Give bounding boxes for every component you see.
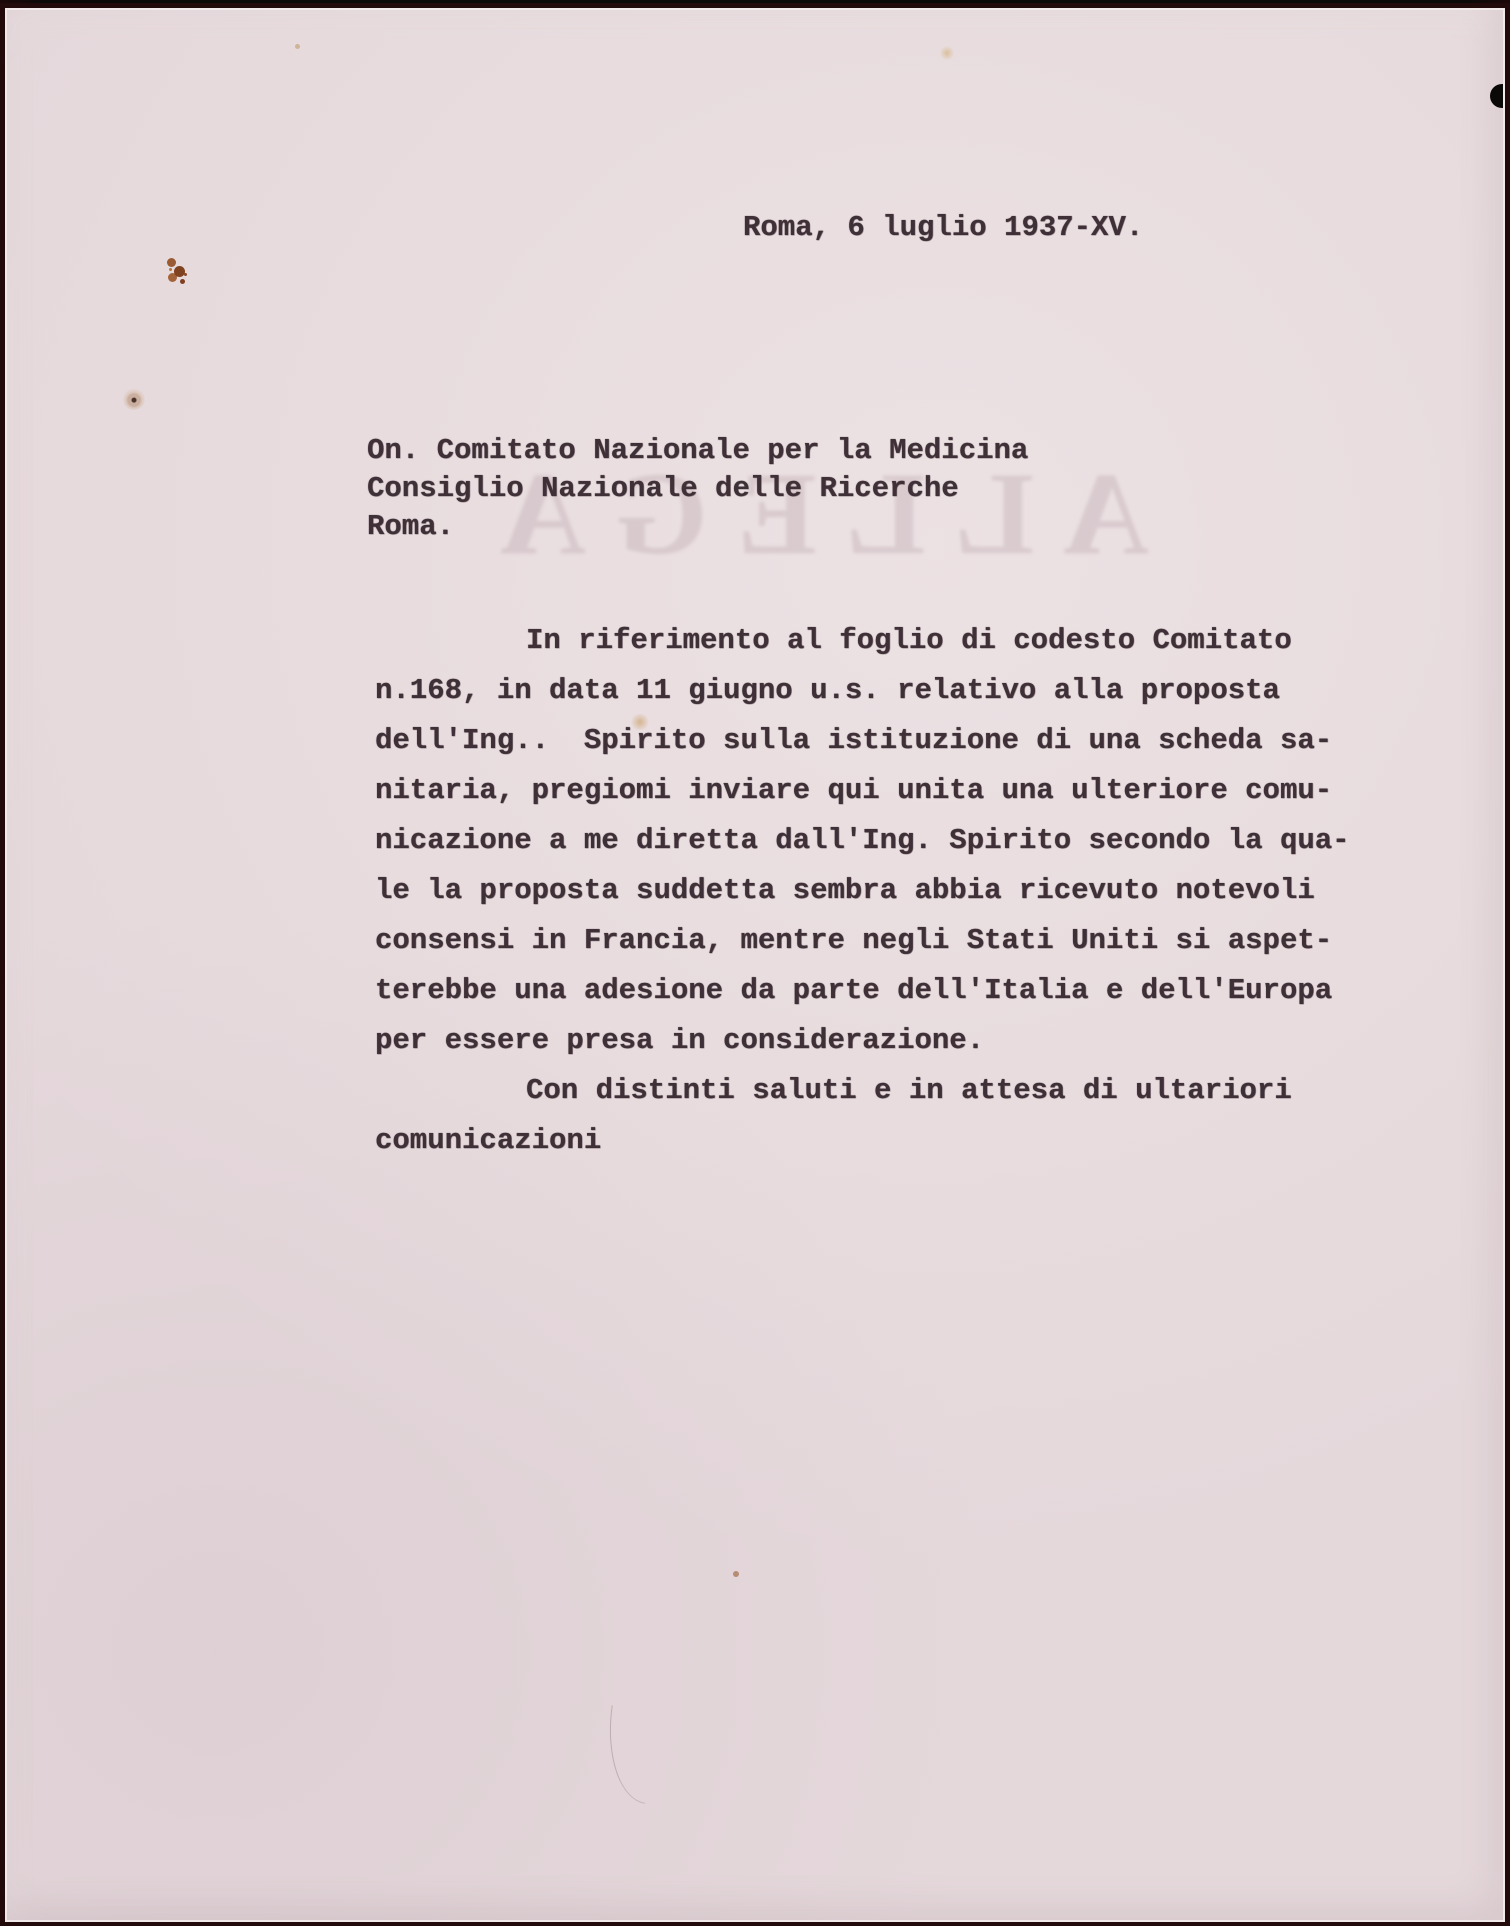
recipient-line-2: Consiglio Nazionale delle Ricerche <box>367 470 1028 508</box>
body-line-4: nitaria, pregiomi inviare qui unita una … <box>375 766 1350 816</box>
body-line-10: Con distinti saluti e in attesa di ultar… <box>375 1066 1350 1116</box>
scan-background: ALLEGA Roma, 6 luglio 1937-XV. On. Comit… <box>0 0 1510 1926</box>
body-line-3: dell'Ing.. Spirito sulla istituzione di … <box>375 716 1350 766</box>
body-line-6: le la proposta suddetta sembra abbia ric… <box>375 866 1350 916</box>
recipient-block: On. Comitato Nazionale per la Medicina C… <box>367 432 1028 546</box>
body-line-5: nicazione a me diretta dall'Ing. Spirito… <box>375 816 1350 866</box>
letter-body: In riferimento al foglio di codesto Comi… <box>375 616 1350 1166</box>
body-line-7: consensi in Francia, mentre negli Stati … <box>375 916 1350 966</box>
body-line-1: In riferimento al foglio di codesto Comi… <box>375 616 1350 666</box>
paper-speck <box>295 44 300 49</box>
recipient-line-1: On. Comitato Nazionale per la Medicina <box>367 432 1028 470</box>
body-line-2: n.168, in data 11 giugno u.s. relativo a… <box>375 666 1350 716</box>
paper-edge-notch <box>1490 84 1503 108</box>
body-line-8: terebbe una adesione da parte dell'Itali… <box>375 966 1350 1016</box>
letter-page: ALLEGA Roma, 6 luglio 1937-XV. On. Comit… <box>7 10 1503 1920</box>
body-line-9: per essere presa in considerazione. <box>375 1016 1350 1066</box>
rust-blot-stain <box>167 258 176 267</box>
hairline-fiber <box>599 1705 658 1804</box>
date-line: Roma, 6 luglio 1937-XV. <box>743 211 1143 245</box>
body-line-11: comunicazioni <box>375 1116 1350 1166</box>
recipient-line-3: Roma. <box>367 508 1028 546</box>
yellow-stain-top <box>939 46 955 60</box>
ring-spot-stain <box>123 388 145 410</box>
small-rust-dot <box>733 1571 739 1577</box>
